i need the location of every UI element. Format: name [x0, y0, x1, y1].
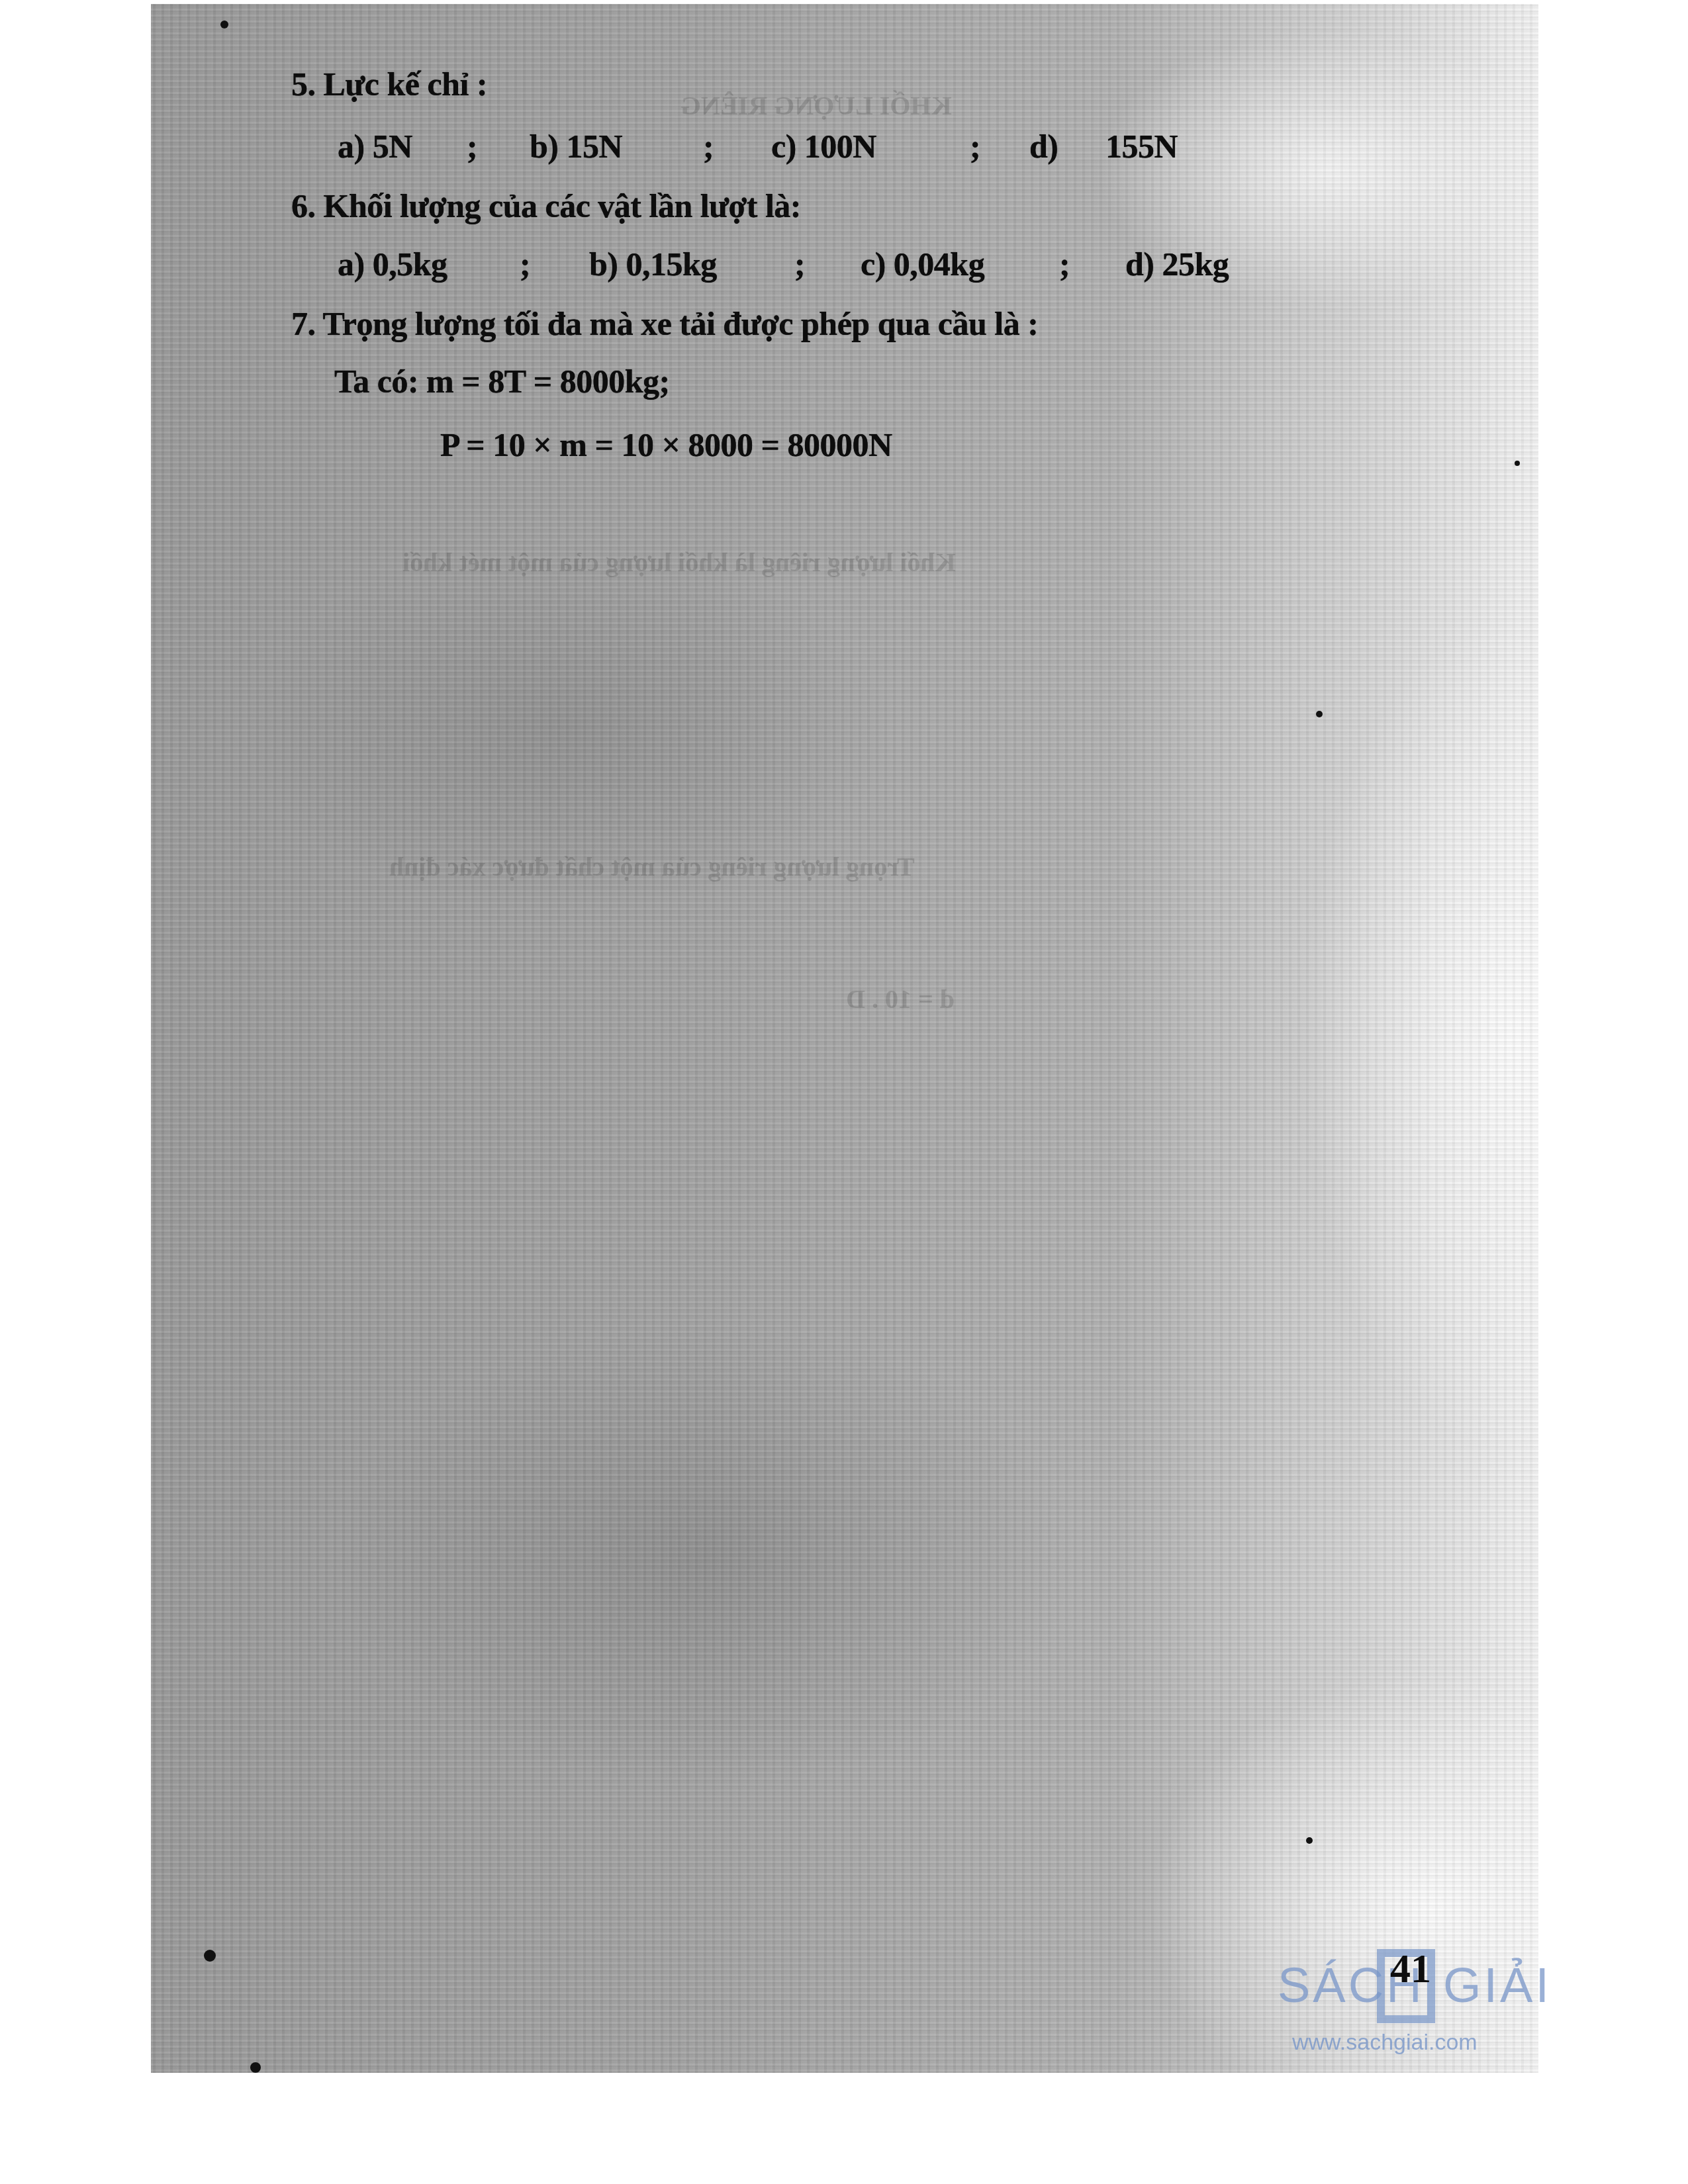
option-d-value: 155N — [1105, 127, 1178, 165]
question-6-options: a) 0,5kg ; b) 0,15kg ; c) 0,04kg ; d) 25… — [0, 245, 1688, 285]
option-d: d) 25kg — [1125, 245, 1229, 283]
option-c: c) 0,04kg — [861, 245, 984, 283]
watermark-url: www.sachgiai.com — [1292, 2030, 1477, 2056]
separator: ; — [794, 245, 805, 283]
separator: ; — [1059, 245, 1070, 283]
question-5-heading: 5. Lực kế chỉ : — [291, 65, 487, 103]
question-5-options: a) 5N ; b) 15N ; c) 100N ; d) 155N — [0, 127, 1688, 167]
question-7-heading: 7. Trọng lượng tối đa mà xe tải được phé… — [291, 304, 1038, 343]
option-c: c) 100N — [771, 127, 876, 165]
option-a: a) 0,5kg — [338, 245, 447, 283]
scan-speck — [250, 2062, 261, 2073]
scan-speck — [1515, 461, 1520, 466]
option-d-label: d) — [1029, 127, 1058, 165]
scan-speck — [204, 1950, 216, 1962]
separator: ; — [703, 127, 714, 165]
separator: ; — [970, 127, 980, 165]
scan-speck — [1316, 711, 1323, 717]
question-7-given: Ta có: m = 8T = 8000kg; — [334, 362, 670, 400]
option-a: a) 5N — [338, 127, 412, 165]
bleed-through-text: Khối lượng riêng là khối lượng của một m… — [402, 547, 956, 578]
bleed-through-text: d = 10 . D — [846, 983, 955, 1015]
bleed-through-text: Trọng lượng riêng của một chất được xác … — [389, 851, 915, 882]
scan-speck — [1306, 1837, 1313, 1844]
option-b: b) 0,15kg — [589, 245, 717, 283]
scan-speck — [220, 21, 228, 28]
question-6-heading: 6. Khối lượng của các vật lần lượt là: — [291, 187, 801, 225]
separator: ; — [467, 127, 477, 165]
watermark-brand-right: GIẢI — [1443, 1957, 1552, 2013]
separator: ; — [520, 245, 530, 283]
question-7-formula: P = 10 × m = 10 × 8000 = 80000N — [440, 426, 892, 464]
page-number: 41 — [1390, 1946, 1431, 1993]
bleed-through-text: KHỐI LƯỢNG RIÊNG — [680, 90, 952, 121]
option-b: b) 15N — [530, 127, 622, 165]
